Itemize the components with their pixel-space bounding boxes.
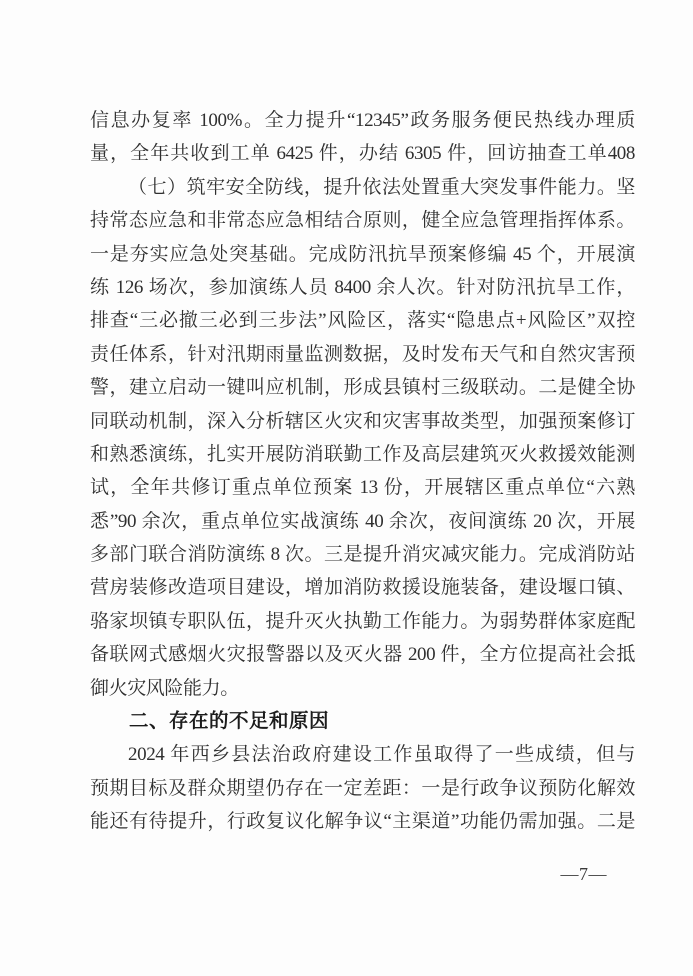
text-line: 持常态应急和非常态应急相结合原则，健全应急管理指挥体系。 [90, 204, 635, 237]
text-line: 预期目标及群众期望仍存在一定差距：一是行政争议预防化解效 [90, 772, 635, 805]
text-line: （七）筑牢安全防线，提升依法处置重大突发事件能力。坚 [90, 171, 635, 204]
text-line: 试，全年共修订重点单位预案 13 份，开展辖区重点单位“六熟 [90, 471, 635, 504]
text-line: 同联动机制，深入分析辖区火灾和灾害事故类型，加强预案修订 [90, 405, 635, 438]
text-line: 2024 年西乡县法治政府建设工作虽取得了一些成绩，但与 [90, 738, 635, 771]
text-line: 责任体系，针对汛期雨量监测数据，及时发布天气和自然灾害预 [90, 338, 635, 371]
text-line: 量，全年共收到工单 6425 件，办结 6305 件，回访抽查工单408 件。 [90, 137, 635, 170]
page-number: —7— [561, 862, 608, 886]
text-line: 备联网式感烟火灾报警器以及灭火器 200 件，全方位提高社会抵 [90, 638, 635, 671]
text-line: 多部门联合消防演练 8 次。三是提升消灾减灾能力。完成消防站 [90, 538, 635, 571]
text-line: 骆家坝镇专职队伍，提升灭火执勤工作能力。为弱势群体家庭配 [90, 605, 635, 638]
document-page: 信息办复率 100%。全力提升“12345”政务服务便民热线办理质量，全年共收到… [0, 0, 693, 976]
text-block: 信息办复率 100%。全力提升“12345”政务服务便民热线办理质量，全年共收到… [90, 104, 635, 839]
text-line: 悉”90 余次，重点单位实战演练 40 余次，夜间演练 20 次，开展 [90, 505, 635, 538]
text-line: 和熟悉演练，扎实开展防消联勤工作及高层建筑灭火救援效能测 [90, 438, 635, 471]
text-line: 能还有待提升，行政复议化解争议“主渠道”功能仍需加强。二是 [90, 805, 635, 838]
text-line: 练 126 场次，参加演练人员 8400 余人次。针对防汛抗旱工作， [90, 271, 635, 304]
text-line: 御火灾风险能力。 [90, 672, 635, 705]
text-line: 信息办复率 100%。全力提升“12345”政务服务便民热线办理质 [90, 104, 635, 137]
text-line: 警，建立启动一键叫应机制，形成县镇村三级联动。二是健全协 [90, 371, 635, 404]
section-heading: 二、存在的不足和原因 [90, 705, 635, 738]
text-line: 一是夯实应急处突基础。完成防汛抗旱预案修编 45 个，开展演 [90, 238, 635, 271]
text-line: 排查“三必撤三必到三步法”风险区，落实“隐患点+风险区”双控 [90, 304, 635, 337]
text-line: 营房装修改造项目建设，增加消防救援设施装备，建设堰口镇、 [90, 571, 635, 604]
